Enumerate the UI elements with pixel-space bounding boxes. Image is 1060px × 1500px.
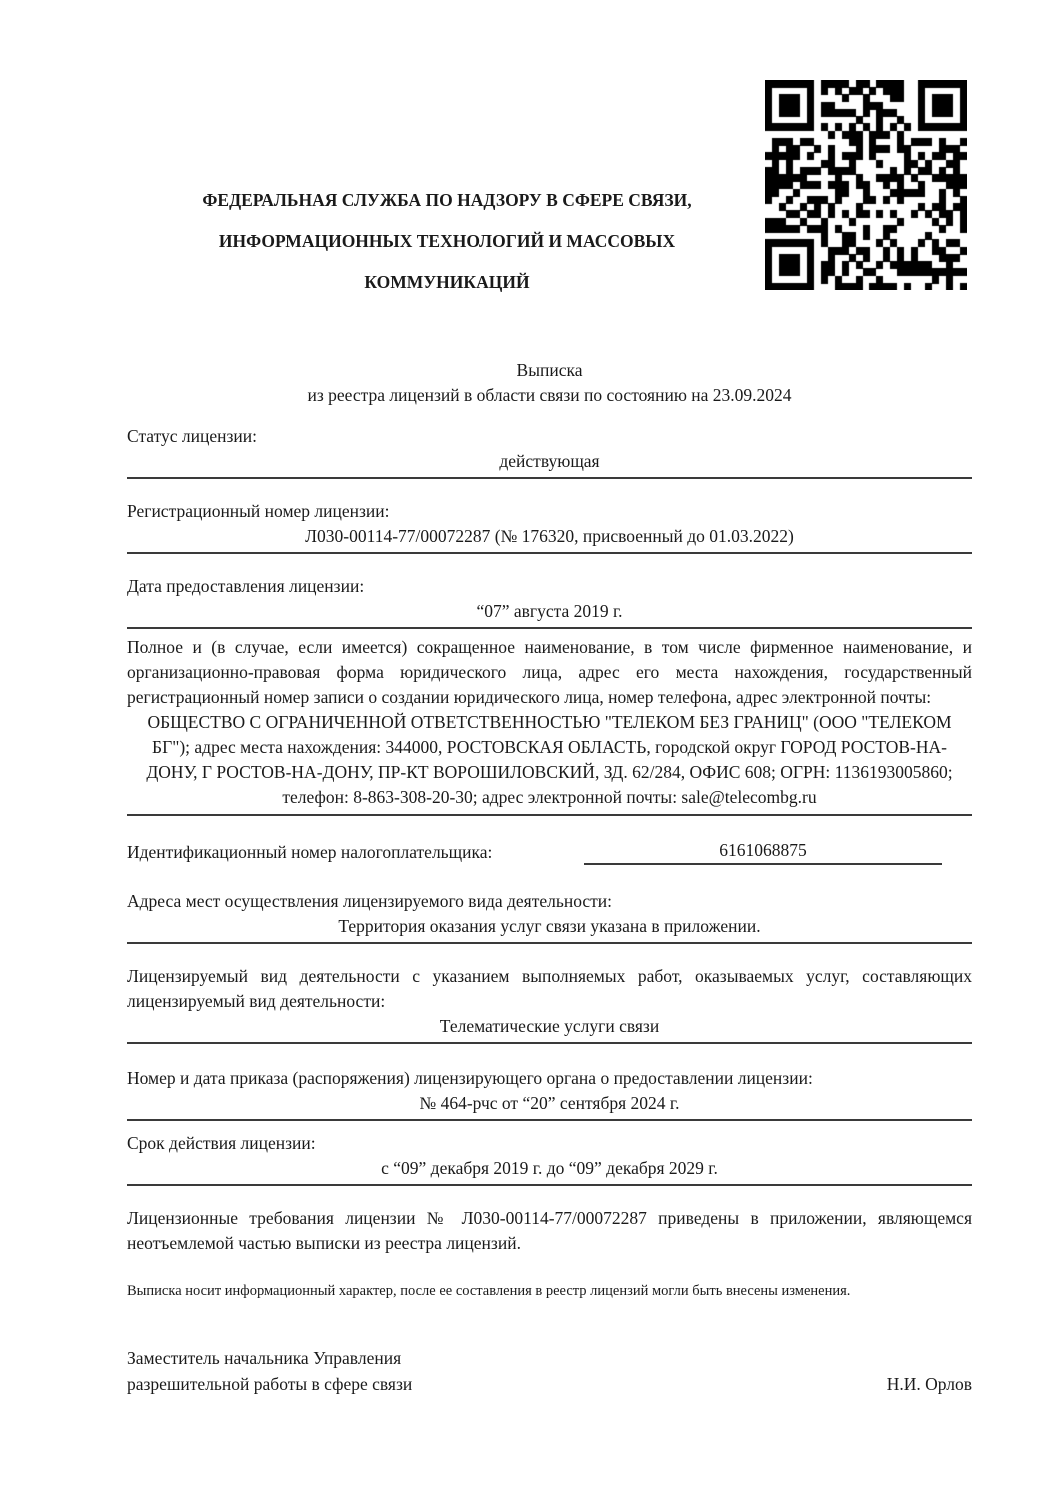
field-activity-value: Телематические услуги связи	[127, 1014, 972, 1044]
field-inn-row: Идентификационный номер налогоплательщик…	[127, 839, 972, 865]
field-addresses-value: Территория оказания услуг связи указана …	[127, 914, 972, 944]
field-order-value: № 464-рчс от “20” сентября 2024 г.	[127, 1091, 972, 1121]
document-title: Выписка из реестра лицензий в области св…	[127, 358, 972, 408]
agency-line-2: ИНФОРМАЦИОННЫХ ТЕХНОЛОГИЙ И МАССОВЫХ	[127, 221, 767, 262]
field-reg-number-label: Регистрационный номер лицензии:	[127, 499, 972, 524]
field-inn-label: Идентификационный номер налогоплательщик…	[127, 840, 492, 865]
agency-line-3: КОММУНИКАЦИЙ	[127, 262, 767, 303]
agency-line-1: ФЕДЕРАЛЬНАЯ СЛУЖБА ПО НАДЗОРУ В СФЕРЕ СВ…	[127, 180, 767, 221]
signatory-position-line-1: Заместитель начальника Управления	[127, 1345, 412, 1371]
license-requirements-text: Лицензионные требования лицензии № Л030-…	[127, 1206, 972, 1256]
signatory-position: Заместитель начальника Управления разреш…	[127, 1345, 412, 1397]
field-reg-number-value: Л030-00114-77/00072287 (№ 176320, присво…	[127, 524, 972, 554]
signatory-name: Н.И. Орлов	[887, 1371, 972, 1397]
informational-note: Выписка носит информационный характер, п…	[127, 1280, 972, 1303]
document-header: ФЕДЕРАЛЬНАЯ СЛУЖБА ПО НАДЗОРУ В СФЕРЕ СВ…	[127, 0, 972, 358]
field-company-value: ОБЩЕСТВО С ОГРАНИЧЕННОЙ ОТВЕТСТВЕННОСТЬЮ…	[127, 710, 972, 816]
field-order-label: Номер и дата приказа (распоряжения) лице…	[127, 1066, 972, 1091]
title-line-2: из реестра лицензий в области связи по с…	[127, 383, 972, 408]
field-inn-value: 6161068875	[584, 839, 942, 865]
signatory-position-line-2: разрешительной работы в сфере связи	[127, 1371, 412, 1397]
title-line-1: Выписка	[127, 358, 972, 383]
field-activity-label: Лицензируемый вид деятельности с указани…	[127, 964, 972, 1014]
issuing-agency-name: ФЕДЕРАЛЬНАЯ СЛУЖБА ПО НАДЗОРУ В СФЕРЕ СВ…	[127, 180, 767, 303]
field-status-value: действующая	[127, 449, 972, 479]
field-addresses-label: Адреса мест осуществления лицензируемого…	[127, 889, 972, 914]
signature-block: Заместитель начальника Управления разреш…	[127, 1345, 972, 1397]
field-validity-value: с “09” декабря 2019 г. до “09” декабря 2…	[127, 1156, 972, 1186]
license-extract-document: ФЕДЕРАЛЬНАЯ СЛУЖБА ПО НАДЗОРУ В СФЕРЕ СВ…	[127, 0, 972, 1397]
qr-code-icon	[765, 80, 967, 290]
field-status-label: Статус лицензии:	[127, 424, 972, 449]
field-grant-date-value: “07” августа 2019 г.	[127, 599, 972, 629]
field-grant-date-label: Дата предоставления лицензии:	[127, 574, 972, 599]
field-validity-label: Срок действия лицензии:	[127, 1131, 972, 1156]
qr-code-image	[765, 80, 967, 290]
field-company-label: Полное и (в случае, если имеется) сокращ…	[127, 635, 972, 710]
